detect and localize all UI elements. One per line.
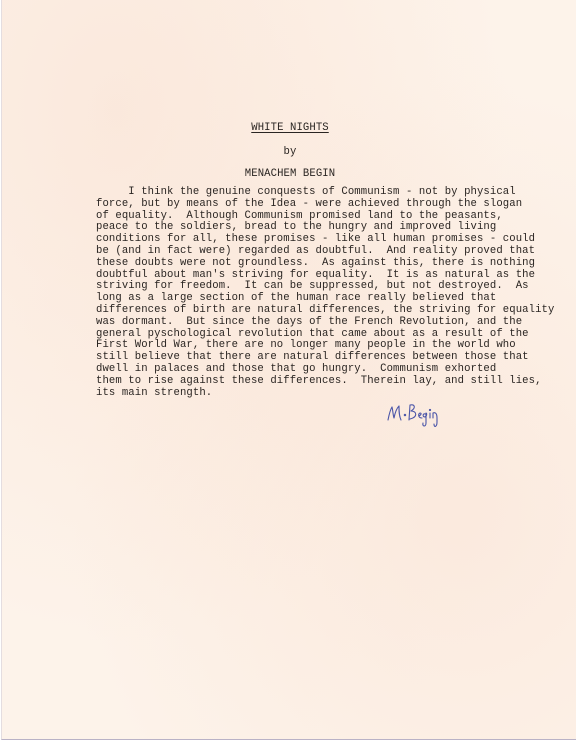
handwritten-signature (384, 398, 474, 438)
document-title-line: WHITE NIGHTS (2, 122, 576, 134)
body-paragraph: I think the genuine conquests of Communi… (96, 187, 556, 399)
document-title: WHITE NIGHTS (251, 122, 329, 134)
byline: by (2, 146, 576, 158)
author-name: MENACHEM BEGIN (2, 168, 576, 180)
paper-page: WHITE NIGHTS by MENACHEM BEGIN I think t… (1, 0, 576, 740)
